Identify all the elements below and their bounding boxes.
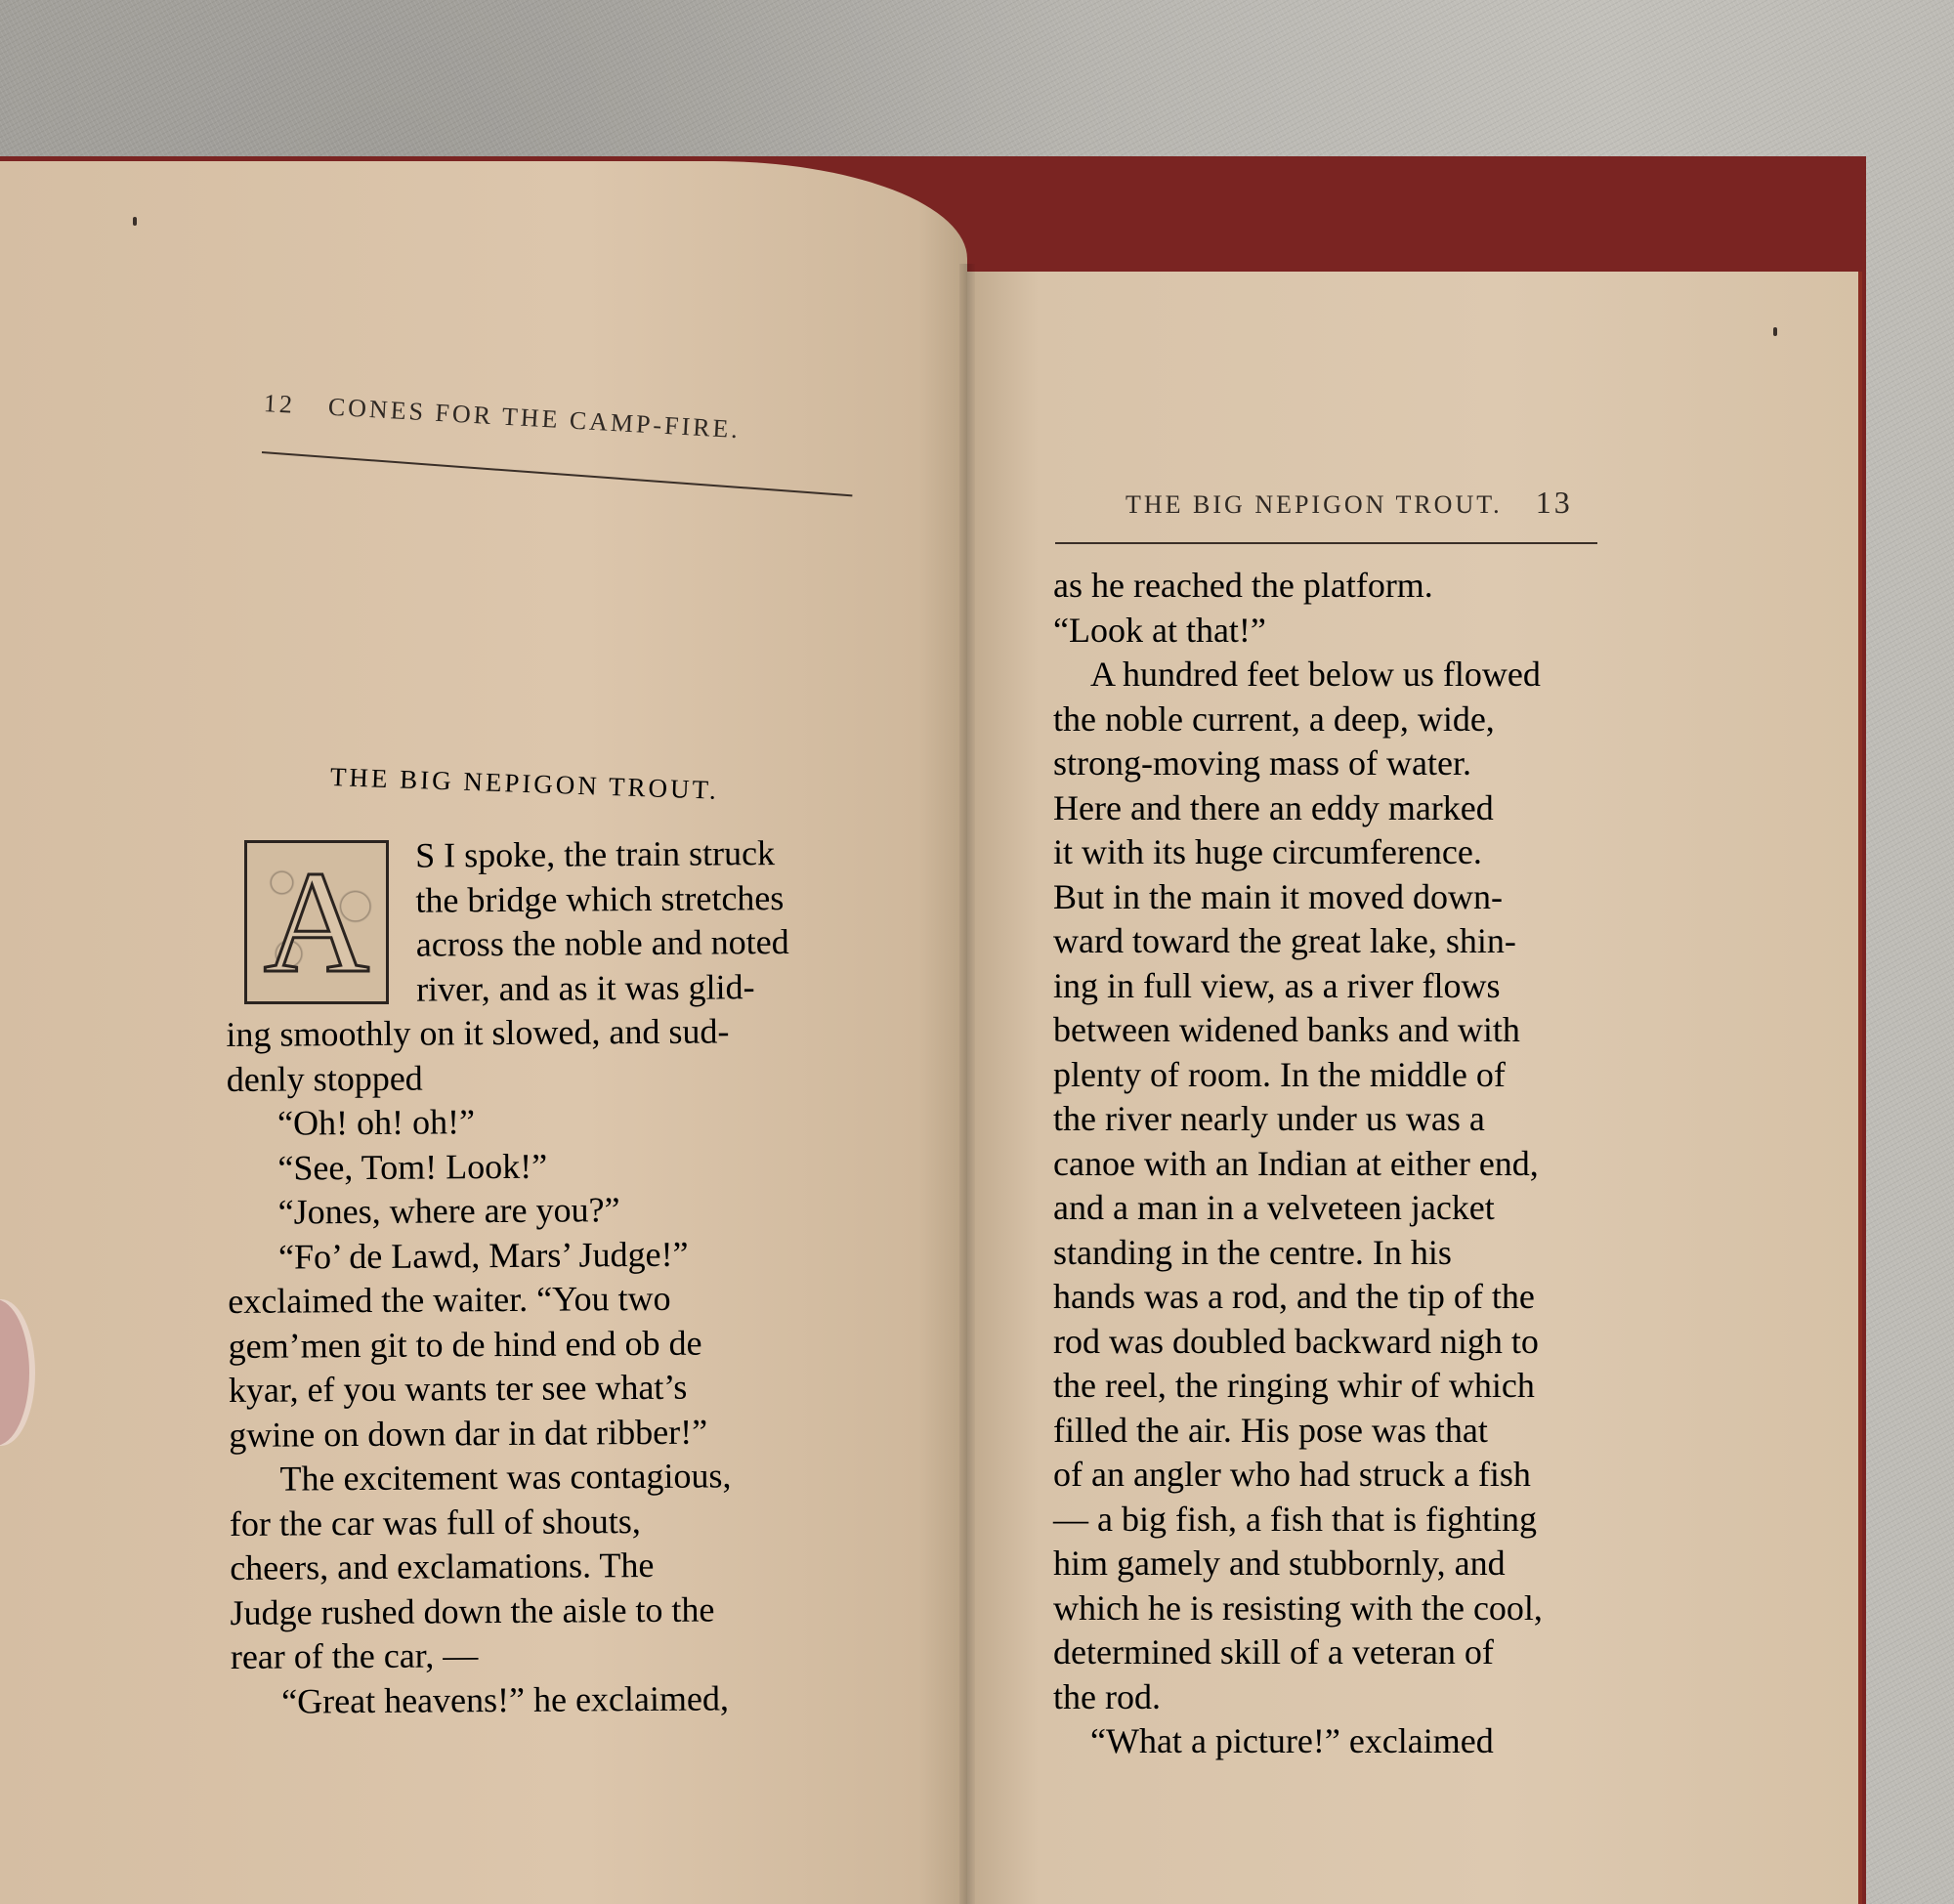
text-line: as he reached the platform.: [1053, 564, 1600, 609]
text-line: determined skill of a veteran of: [1053, 1630, 1600, 1675]
text-line: the river nearly under us was a: [1053, 1097, 1600, 1142]
text-line: Here and there an eddy marked: [1053, 786, 1600, 831]
page-number-right: 13: [1536, 485, 1573, 520]
text-line: hands was a rod, and the tip of the: [1053, 1275, 1600, 1320]
running-head-right-title: THE BIG NEPIGON TROUT.: [1126, 490, 1503, 519]
text-line: Judge rushed down the aisle to the: [230, 1587, 855, 1635]
text-line: which he is resisting with the cool,: [1053, 1587, 1600, 1631]
paper-speck: [1773, 327, 1777, 336]
text-line: filled the air. His pose was that: [1053, 1409, 1600, 1454]
text-line: — a big fish, a fish that is fighting: [1053, 1498, 1600, 1543]
text-line: ing in full view, as a river flows: [1053, 964, 1600, 1009]
text-line: river, and as it was glid-: [226, 964, 851, 1013]
text-line: exclaimed the waiter. “You two: [228, 1276, 853, 1325]
text-line: the bridge which stretches: [225, 875, 850, 924]
page-number-left: 12: [263, 389, 296, 419]
text-line: The excitement was contagious,: [229, 1454, 854, 1502]
right-page-text: as he reached the platform.“Look at that…: [1053, 564, 1600, 1764]
text-line: “Look at that!”: [1053, 609, 1600, 654]
header-rule-right: [1055, 542, 1597, 544]
text-line: “Jones, where are you?”: [228, 1187, 853, 1236]
text-line: ing smoothly on it slowed, and sud-: [226, 1009, 851, 1058]
text-line: rear of the car, —: [231, 1631, 856, 1680]
left-page-text: S I spoke, the train struck the bridge w…: [225, 831, 856, 1724]
text-line: ward toward the great lake, shin-: [1053, 919, 1600, 964]
text-line: him gamely and stubbornly, and: [1053, 1542, 1600, 1587]
text-line: of an angler who had struck a fish: [1053, 1453, 1600, 1498]
text-line: “Oh! oh! oh!”: [227, 1098, 852, 1147]
text-line: standing in the centre. In his: [1053, 1231, 1600, 1276]
text-line: “What a picture!” exclaimed: [1053, 1719, 1600, 1764]
running-head-right: THE BIG NEPIGON TROUT.13: [1126, 485, 1573, 521]
text-line: canoe with an Indian at either end,: [1053, 1142, 1600, 1187]
text-line: and a man in a velveteen jacket: [1053, 1186, 1600, 1231]
text-line: plenty of room. In the middle of: [1053, 1053, 1600, 1098]
text-line: gem’men git to de hind end ob de: [228, 1320, 853, 1369]
text-line: kyar, ef you wants ter see what’s: [229, 1365, 854, 1414]
book-gutter: [959, 264, 975, 1904]
text-line: “See, Tom! Look!”: [227, 1142, 852, 1191]
text-line: across the noble and noted: [226, 920, 851, 969]
text-line: it with its huge circumference.: [1053, 830, 1600, 875]
text-line: gwine on down dar in dat ribber!”: [229, 1409, 854, 1458]
text-line: But in the main it moved down-: [1053, 875, 1600, 920]
text-line: strong-moving mass of water.: [1053, 741, 1600, 786]
text-line: A hundred feet below us flowed: [1053, 653, 1600, 698]
text-line: “Great heavens!” he exclaimed,: [231, 1675, 856, 1724]
text-line: cheers, and exclamations. The: [230, 1543, 855, 1591]
text-line: “Fo’ de Lawd, Mars’ Judge!”: [228, 1231, 853, 1280]
text-line: the rod.: [1053, 1675, 1600, 1720]
text-line: for the car was full of shouts,: [230, 1498, 855, 1546]
paper-speck: [133, 217, 137, 226]
text-line: the reel, the ringing whir of which: [1053, 1364, 1600, 1409]
text-line: S I spoke, the train struck: [225, 831, 850, 880]
text-line: rod was doubled backward nigh to: [1053, 1320, 1600, 1365]
text-line: between widened banks and with: [1053, 1008, 1600, 1053]
text-line: denly stopped: [227, 1053, 852, 1102]
text-line: the noble current, a deep, wide,: [1053, 698, 1600, 742]
